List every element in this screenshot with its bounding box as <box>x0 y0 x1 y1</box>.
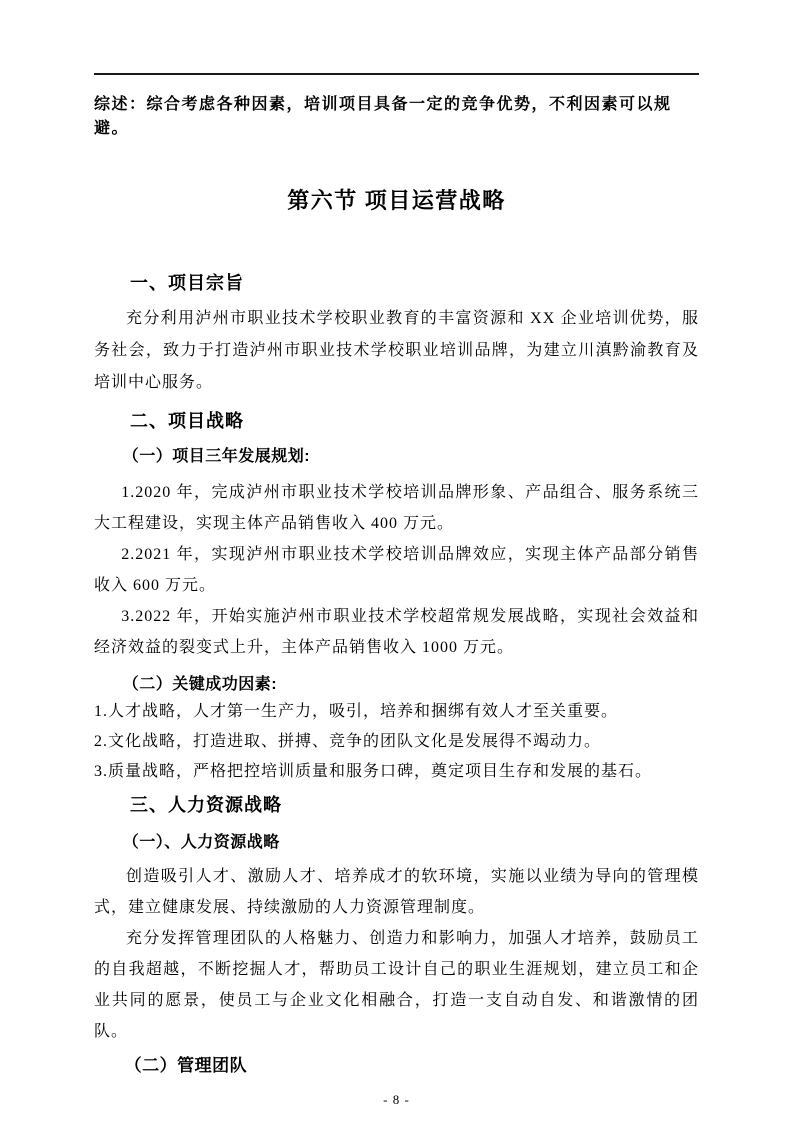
plan-item-2022: 3.2022 年，开始实施泸州市职业技术学校超常规发展战略，实现社会效益和经济效… <box>94 601 699 663</box>
heading-project-strategy: 二、项目战略 <box>94 407 699 435</box>
subheading-key-success-factors: （二）关键成功因素: <box>94 673 699 697</box>
plan-item-2021: 2.2021 年，实现泸州市职业技术学校培训品牌效应，实现主体产品部分销售收入 … <box>94 539 699 601</box>
subheading-management-team: （二）管理团队 <box>94 1053 699 1079</box>
heading-project-purpose: 一、项目宗旨 <box>94 269 699 297</box>
subheading-hr-strategy: （一）、人力资源战略 <box>94 831 699 855</box>
page-number: - 8 - <box>94 1091 699 1109</box>
subheading-three-year-plan: （一）项目三年发展规划: <box>94 445 699 469</box>
key-factor-culture: 2.文化战略，打造进取、拼搏、竞争的团队文化是发展得不竭动力。 <box>94 727 699 757</box>
key-factor-talent: 1.人才战略，人才第一生产力，吸引，培养和捆绑有效人才至关重要。 <box>94 697 699 727</box>
paragraph-project-purpose: 充分利用泸州市职业技术学校职业教育的丰富资源和 XX 企业培训优势，服务社会，致… <box>94 303 699 399</box>
header-divider-line <box>94 73 699 75</box>
key-factor-quality: 3.质量战略，严格把控培训质量和服务口碑，奠定项目生存和发展的基石。 <box>94 757 699 787</box>
plan-item-2020: 1.2020 年，完成泸州市职业技术学校培训品牌形象、产品组合、服务系统三大工程… <box>94 477 699 539</box>
section-title: 第六节 项目运营战略 <box>94 185 699 217</box>
summary-line: 综述：综合考虑各种因素，培训项目具备一定的竞争优势，不利因素可以规避。 <box>94 93 699 141</box>
paragraph-hr-team-building: 充分发挥管理团队的人格魅力、创造力和影响力，加强人才培养，鼓励员工的自我超越，不… <box>94 923 699 1047</box>
heading-human-resources-strategy: 三、人力资源战略 <box>94 791 699 819</box>
page-content: 综述：综合考虑各种因素，培训项目具备一定的竞争优势，不利因素可以规避。 第六节 … <box>0 73 793 1109</box>
paragraph-hr-environment: 创造吸引人才、激励人才、培养成才的软环境，实施以业绩为导向的管理模式，建立健康发… <box>94 861 699 923</box>
document-page: 综述：综合考虑各种因素，培训项目具备一定的竞争优势，不利因素可以规避。 第六节 … <box>0 0 793 1122</box>
